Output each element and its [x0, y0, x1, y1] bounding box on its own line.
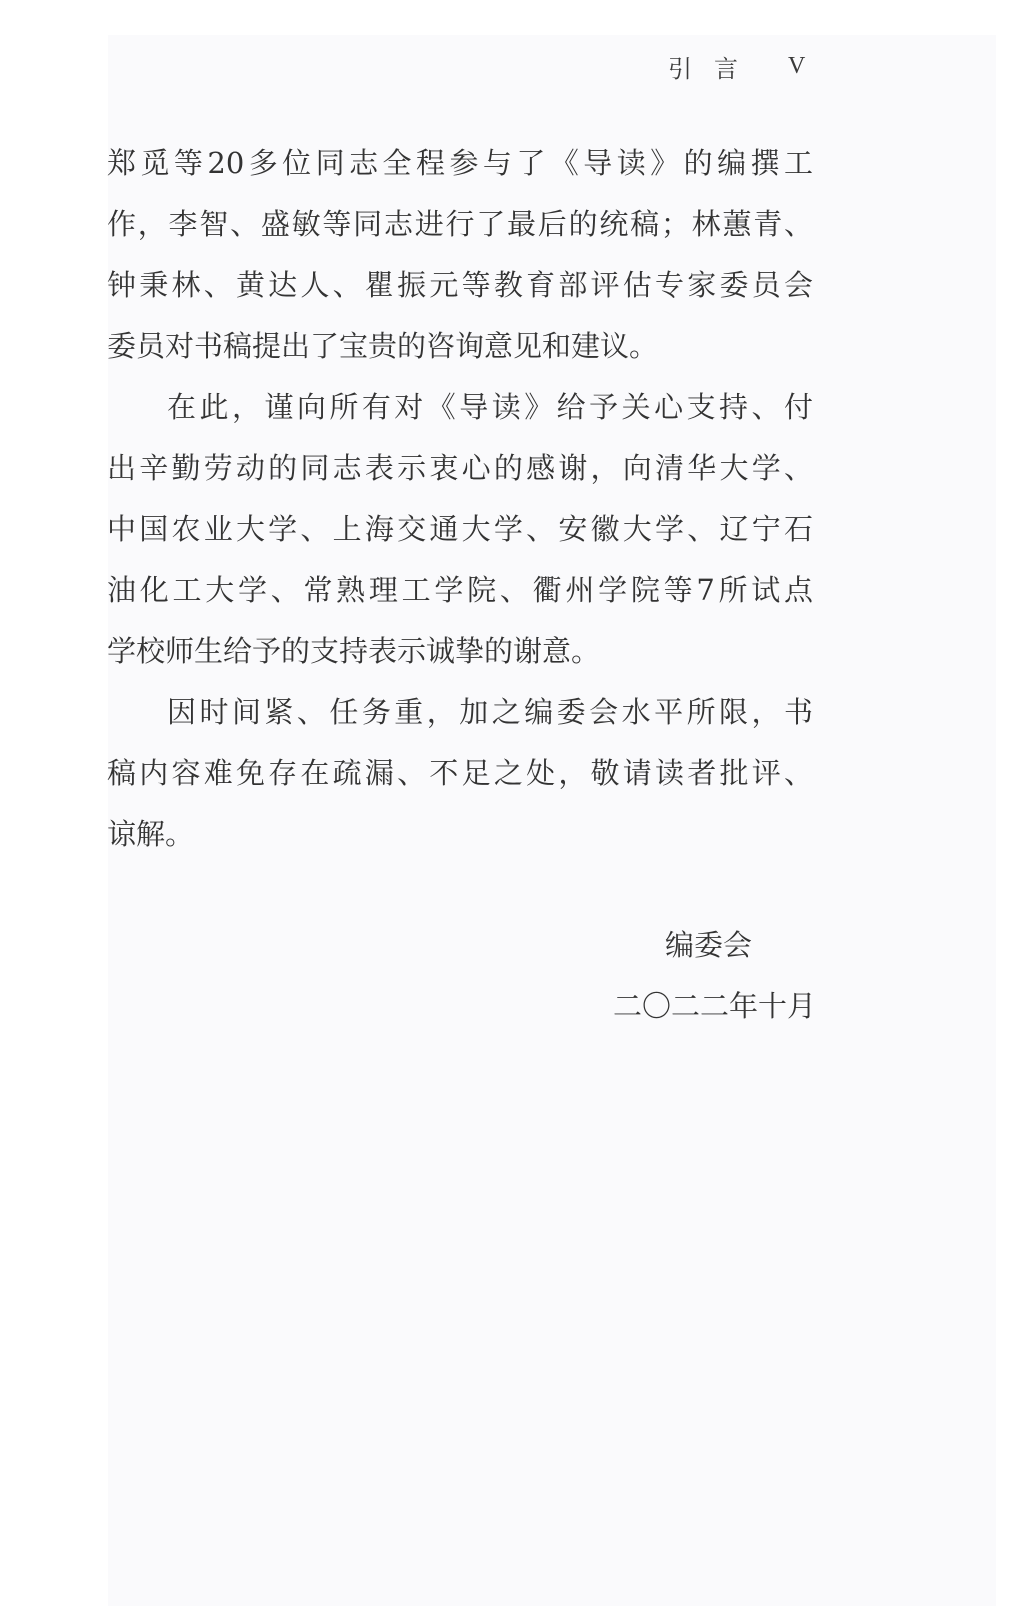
text-line: 钟秉林、黄达人、瞿振元等教育部评估专家委员会	[107, 255, 813, 316]
paragraph-apology: 因时间紧、任务重，加之编委会水平所限，书 稿内容难免存在疏漏、不足之处，敬请读者…	[107, 682, 817, 865]
signature-block: 编委会 二〇二二年十月	[560, 915, 816, 1037]
text-line: 中国农业大学、上海交通大学、安徽大学、辽宁石	[107, 499, 813, 560]
text-line: 委员对书稿提出了宝贵的咨询意见和建议。	[107, 316, 813, 377]
text-line: 在此，谨向所有对《导读》给予关心支持、付	[107, 377, 813, 438]
body-text: 郑觅等20多位同志全程参与了《导读》的编撰工 作，李智、盛敏等同志进行了最后的统…	[107, 133, 817, 865]
text-line: 作，李智、盛敏等同志进行了最后的统稿；林蕙青、	[107, 194, 813, 255]
paragraph-contributors: 郑觅等20多位同志全程参与了《导读》的编撰工 作，李智、盛敏等同志进行了最后的统…	[107, 133, 817, 377]
text-line: 谅解。	[107, 804, 813, 865]
running-header: 引言 V	[668, 50, 818, 82]
text-line: 因时间紧、任务重，加之编委会水平所限，书	[107, 682, 813, 743]
text-line: 出辛勤劳动的同志表示衷心的感谢，向清华大学、	[107, 438, 813, 499]
page-number: V	[788, 53, 805, 80]
section-title: 引言	[668, 49, 760, 84]
text-line: 郑觅等20多位同志全程参与了《导读》的编撰工	[107, 133, 813, 194]
paragraph-thanks: 在此，谨向所有对《导读》给予关心支持、付 出辛勤劳动的同志表示衷心的感谢，向清华…	[107, 377, 817, 682]
text-line: 稿内容难免存在疏漏、不足之处，敬请读者批评、	[107, 743, 813, 804]
signature-date: 二〇二二年十月	[560, 976, 816, 1037]
signature-organization: 编委会	[560, 915, 816, 976]
text-line: 油化工大学、常熟理工学院、衢州学院等7所试点	[107, 560, 813, 621]
text-line: 学校师生给予的支持表示诚挚的谢意。	[107, 621, 813, 682]
